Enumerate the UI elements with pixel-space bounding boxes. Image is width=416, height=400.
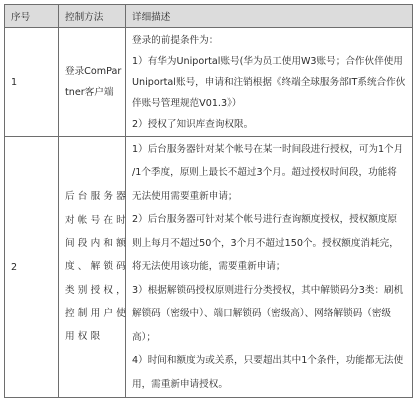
row-index: 2	[5, 137, 59, 398]
method-line: 后台服务器	[65, 185, 125, 208]
table-row: 2 后台服务器 对帐号在时 间段内和额 度、解锁码 类别授权， 控制用户使 用权…	[5, 137, 413, 398]
description-line: 用，需重新申请授权。	[132, 373, 412, 397]
control-methods-table: 序号 控制方法 详细描述 1 登录ComPar tner客户端 登录的前提条件为…	[4, 4, 413, 398]
description-line: 登录的前提条件为：	[132, 30, 412, 51]
header-index: 序号	[5, 5, 59, 28]
method-line: 控制用户使	[65, 302, 125, 325]
description-line: /1个季度，原则上最长不超过3个月。超过授权时间段，功能将	[132, 161, 412, 185]
description-line: 伴账号管理规范V01.3》）	[132, 93, 412, 114]
row-description: 1）后台服务器针对某个帐号在某一时间段进行授权，可为1个月 /1个季度，原则上最…	[126, 137, 413, 398]
row-description: 登录的前提条件为： 1）有华为Uniportal账号(华为员工使用W3账号；合作…	[126, 28, 413, 137]
description-line: Uniportal账号，申请和注销根据《终端全球服务部IT系统合作伙	[132, 72, 412, 93]
method-line: tner客户端	[65, 82, 125, 103]
method-line: 度、解锁码	[65, 255, 125, 278]
row-method: 登录ComPar tner客户端	[59, 28, 126, 137]
method-line: 用权限	[65, 325, 125, 348]
table-header-row: 序号 控制方法 详细描述	[5, 5, 413, 28]
description-line: 将无法使用该功能，需要重新申请；	[132, 255, 412, 279]
description-line: 4）时间和额度为或关系，只要超出其中1个条件，功能都无法使	[132, 349, 412, 373]
method-line: 类别授权，	[65, 279, 125, 302]
description-line: 1）后台服务器针对某个帐号在某一时间段进行授权，可为1个月	[132, 138, 412, 162]
description-line: 3）根据解锁码授权原则进行分类授权，其中解锁码分3类：刷机	[132, 279, 412, 303]
row-index: 1	[5, 28, 59, 137]
description-line: 则上每月不超过50个，3个月不超过150个。授权额度消耗完，	[132, 232, 412, 256]
header-description: 详细描述	[126, 5, 413, 28]
header-control-method: 控制方法	[59, 5, 126, 28]
description-line: 无法使用需要重新申请；	[132, 185, 412, 209]
description-line: 2）授权了知识库查询权限。	[132, 114, 412, 135]
row-method: 后台服务器 对帐号在时 间段内和额 度、解锁码 类别授权， 控制用户使 用权限	[59, 137, 126, 398]
method-line: 间段内和额	[65, 232, 125, 255]
description-line: 2）后台服务器可针对某个帐号进行查询额度授权，授权额度原	[132, 208, 412, 232]
description-line: 高）；	[132, 326, 412, 350]
description-line: 解锁码（密级中）、端口解锁码（密级高）、网络解锁码（密级	[132, 302, 412, 326]
description-line: 1）有华为Uniportal账号(华为员工使用W3账号；合作伙伴使用	[132, 51, 412, 72]
method-line: 登录ComPar	[65, 61, 125, 82]
table-row: 1 登录ComPar tner客户端 登录的前提条件为： 1）有华为Unipor…	[5, 28, 413, 137]
method-line: 对帐号在时	[65, 209, 125, 232]
